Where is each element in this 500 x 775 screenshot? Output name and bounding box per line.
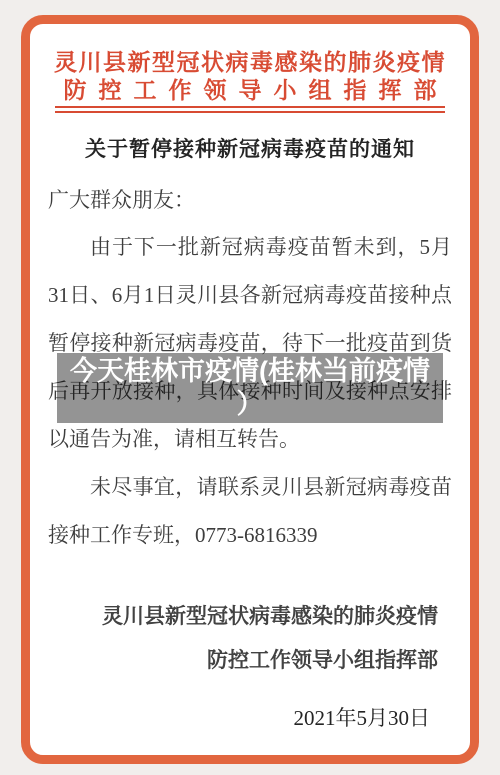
letterhead-double-rule — [55, 106, 445, 113]
notice-date: 2021年5月30日 — [48, 701, 452, 735]
notice-title: 关于暂停接种新冠病毒疫苗的通知 — [48, 137, 452, 163]
signature-block: 灵川县新型冠状病毒感染的肺炎疫情 防控工作领导小组指挥部 — [48, 595, 452, 683]
signature-line1: 灵川县新型冠状病毒感染的肺炎疫情 — [48, 595, 438, 639]
salutation: 广大群众朋友： — [48, 183, 452, 217]
headline-overlay-line2: ） — [57, 388, 443, 421]
signature-line2: 防控工作领导小组指挥部 — [48, 639, 438, 683]
page: { "colors": { "page_bg": "#f1eeec", "car… — [0, 0, 500, 775]
paragraph-2: 未尽事宜，请联系灵川县新冠病毒疫苗接种工作专班，0773-6816339 — [48, 463, 452, 559]
letterhead-line2: 防控工作领导小组指挥部 — [48, 76, 452, 104]
paragraph-1: 由于下一批新冠病毒疫苗暂未到，5月31日、6月1日灵川县各新冠病毒疫苗接种点暂停… — [48, 223, 452, 463]
headline-overlay: 今天桂林市疫情(桂林当前疫情 ） — [57, 353, 443, 423]
letterhead-line1: 灵川县新型冠状病毒感染的肺炎疫情 — [48, 48, 452, 76]
headline-overlay-line1: 今天桂林市疫情(桂林当前疫情 — [57, 355, 443, 388]
letterhead: 灵川县新型冠状病毒感染的肺炎疫情 防控工作领导小组指挥部 — [48, 48, 452, 104]
